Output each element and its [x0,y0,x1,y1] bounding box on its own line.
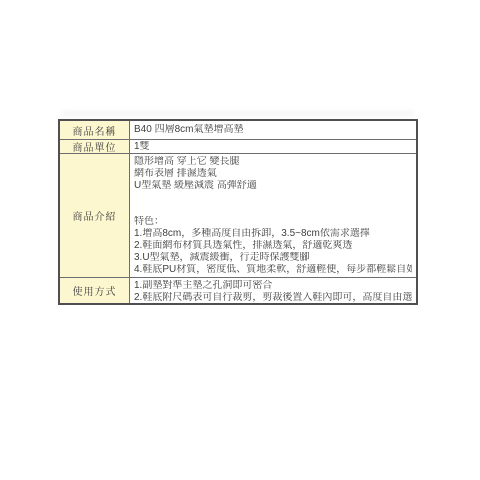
table-row-product-intro: 商品介紹 隱形增高 穿上它 變長腿 網布表層 排濕透氣 U型氣墊 緩壓減震 高彈… [60,153,416,277]
text-line-blank [134,192,412,204]
row-value-usage: 1.副墊對準主墊之孔洞即可密合 2.鞋底附尺碼表可自行裁剪，剪裁後置入鞋內即可，… [130,278,416,303]
row-label-product-name: 商品名稱 [60,121,130,139]
product-info-table: 商品名稱 B40 四層8cm氣墊增高墊 商品單位 1雙 商品介紹 隱形增高 穿上… [58,119,418,305]
text-line: U型氣墊 緩壓減震 高彈舒適 [134,180,412,192]
text-line: 2.鞋底附尺碼表可自行裁剪，剪裁後置入鞋內即可，高度自由選擇 [134,292,412,304]
row-label-product-intro: 商品介紹 [60,154,130,277]
row-label-product-unit: 商品單位 [60,140,130,153]
text-line: 特色： [134,216,412,228]
text-line: 4.鞋底PU材質，密度低、質地柔軟，舒適輕便，每步都輕鬆自如 [134,264,412,276]
text-line: 網布表層 排濕透氣 [134,168,412,180]
row-value-product-name: B40 四層8cm氣墊增高墊 [130,121,416,139]
table-row-product-unit: 商品單位 1雙 [60,139,416,153]
text-line: 2.鞋面網布材質具透氣性，排濕透氣，舒適乾爽透 [134,240,412,252]
text-line: 1雙 [134,141,150,153]
table-row-usage: 使用方式 1.副墊對準主墊之孔洞即可密合 2.鞋底附尺碼表可自行裁剪，剪裁後置入… [60,277,416,303]
text-line: 隱形增高 穿上它 變長腿 [134,156,412,168]
row-value-product-intro: 隱形增高 穿上它 變長腿 網布表層 排濕透氣 U型氣墊 緩壓減震 高彈舒適 特色… [130,154,416,277]
table-row-product-name: 商品名稱 B40 四層8cm氣墊增高墊 [60,121,416,139]
text-line: 1.副墊對準主墊之孔洞即可密合 [134,280,412,292]
page: 商品名稱 B40 四層8cm氣墊增高墊 商品單位 1雙 商品介紹 隱形增高 穿上… [0,0,480,480]
text-line: B40 四層8cm氣墊增高墊 [134,124,243,136]
row-value-product-unit: 1雙 [130,140,416,153]
text-line-blank [134,204,412,216]
text-line: 3.U型氣墊，減震緩衝，行走時保護雙腳 [134,252,412,264]
text-line: 1.增高8cm，多種高度自由拆卸，3.5~8cm依需求選擇 [134,228,412,240]
row-label-usage: 使用方式 [60,278,130,303]
faded-artifact [62,110,414,117]
